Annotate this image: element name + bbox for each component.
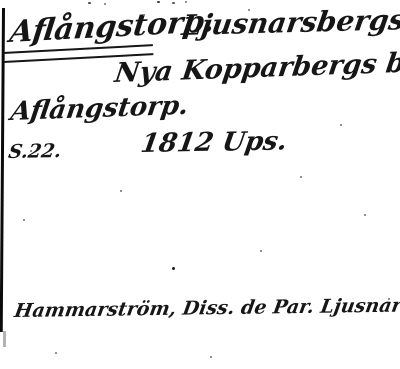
scan-noise-speck <box>260 250 262 252</box>
scan-noise-speck <box>210 356 212 358</box>
scan-noise-speck <box>55 352 57 354</box>
year-and-source-abbrev: 1812 Ups. <box>139 128 289 157</box>
scan-noise-speck <box>23 219 25 221</box>
parish-name: Ljusnarsbergs sn. <box>180 5 400 40</box>
scan-noise-speck <box>120 190 122 192</box>
archive-card-scan: Aflångstorp. Ljusnarsbergs sn. Nya Koppa… <box>0 0 400 369</box>
district-province-line: Nya Kopparbergs blg. Vstm. <box>113 45 400 87</box>
scan-noise-speck <box>104 3 106 5</box>
scan-noise-speck <box>172 2 175 4</box>
headword-repeat: Aflångstorp. <box>9 93 190 125</box>
scan-noise-speck <box>300 176 302 178</box>
scan-noise-speck <box>248 9 250 11</box>
scan-noise-speck <box>340 124 342 126</box>
scan-noise-speck <box>388 298 390 300</box>
scan-noise-speck <box>143 14 145 16</box>
page-reference: S.22. <box>7 142 63 162</box>
scan-noise-speck <box>30 150 32 152</box>
scan-noise-speck <box>88 2 91 4</box>
scan-noise-speck <box>364 214 366 216</box>
scan-noise-speck <box>157 1 160 3</box>
scan-noise-speck <box>172 267 175 270</box>
source-citation: Hammarström, Diss. de Par. Ljusnarsberg <box>13 296 400 321</box>
card-left-edge-fade <box>3 331 6 347</box>
scan-noise-speck <box>185 1 187 3</box>
